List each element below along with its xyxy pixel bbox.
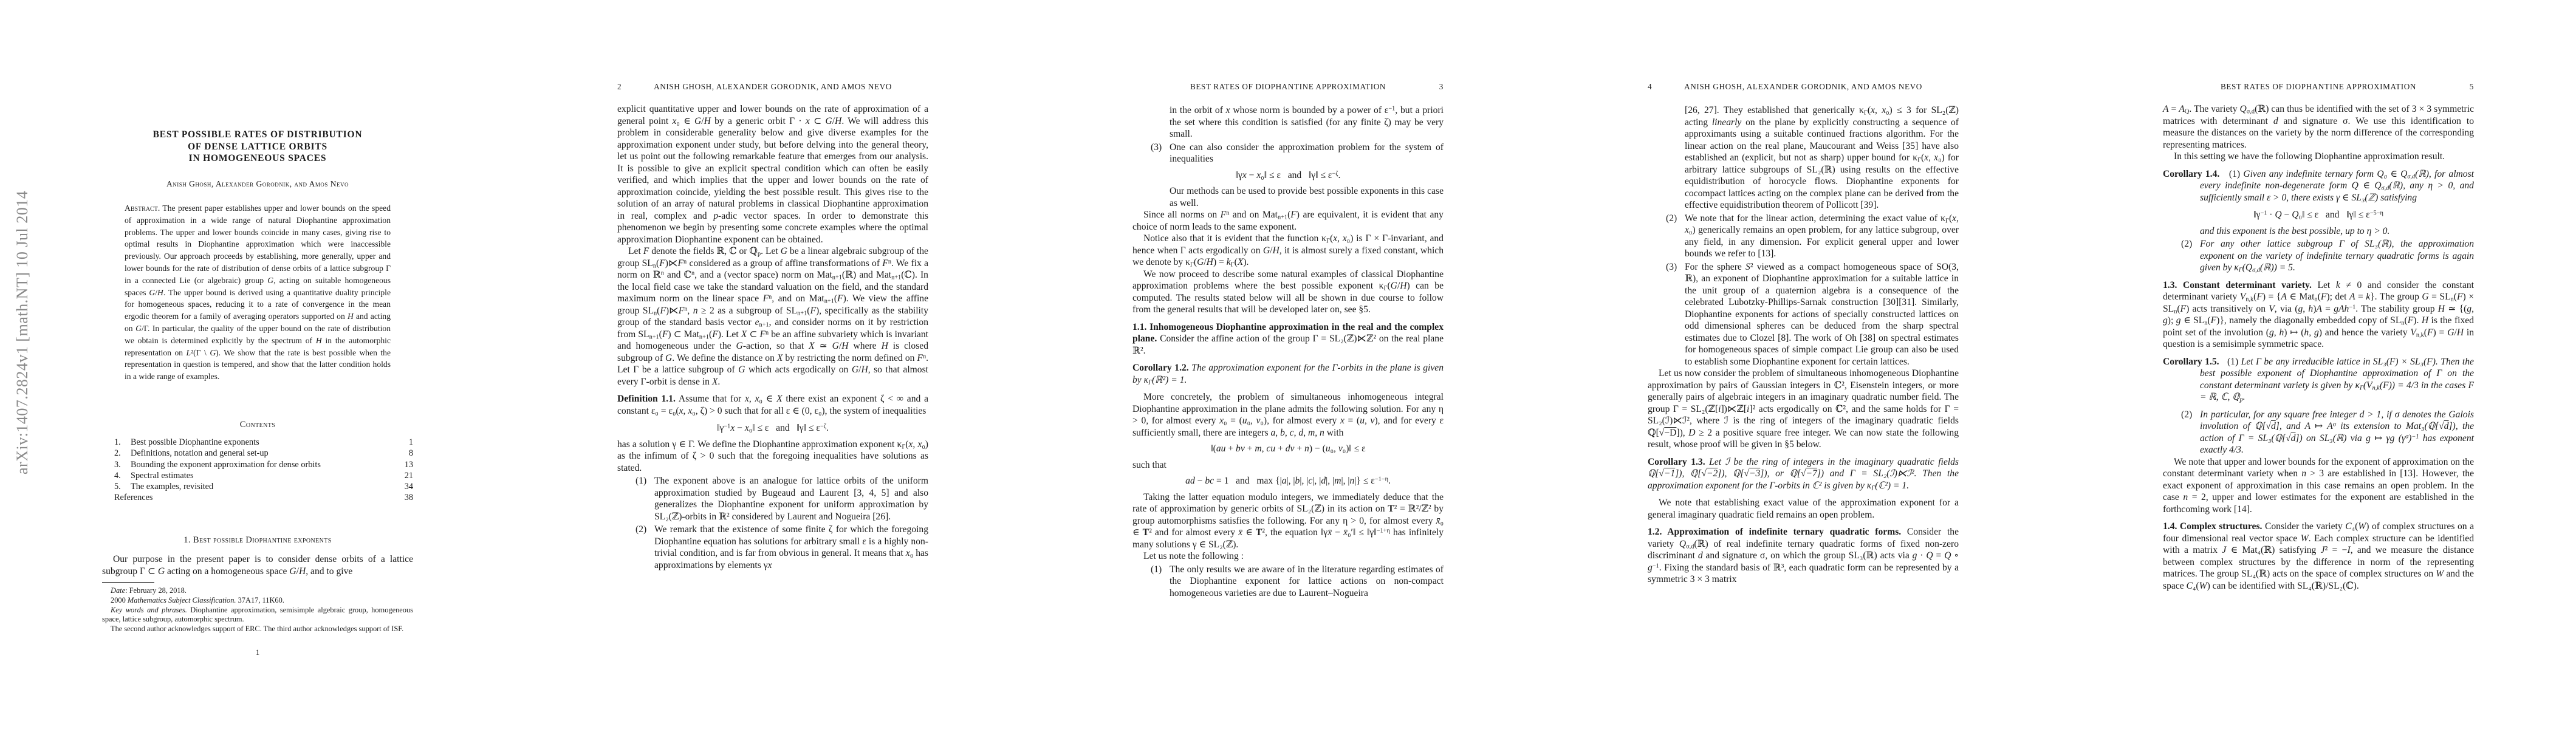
paragraph-lead: Corollary 1.2. — [1132, 363, 1189, 373]
body-paragraph: Let us now consider the problem of simul… — [1648, 368, 1959, 451]
lead-paragraph: Corollary 1.3. Let ℐ be the ring of inte… — [1648, 456, 1959, 492]
paragraph-lead: 1.4. Complex structures. — [2163, 521, 2262, 532]
lead-paragraph: 1.3. Constant determinant variety. Let k… — [2163, 279, 2474, 351]
list-item-text: The exponent above is an analogue for la… — [654, 476, 928, 522]
toc-page-number: 21 — [405, 470, 413, 481]
list-item-text: For the sphere S² viewed as a compact ho… — [1685, 262, 1959, 367]
paragraph-text: Consider the variety C₄(W) of complex st… — [2163, 521, 2474, 591]
paper-title: BEST POSSIBLE RATES OF DISTRIBUTIONOF DE… — [102, 129, 413, 165]
running-head-page-number-right: 3 — [1423, 82, 1444, 92]
footnote-line: 2000 Mathematics Subject Classification.… — [102, 596, 413, 606]
paragraph-lead: Corollary 1.3. — [1648, 457, 1705, 467]
body-paragraph: We note that upper and lower bounds for … — [2163, 456, 2474, 516]
list-item-text: The only results we are aware of in the … — [1170, 564, 1444, 598]
toc-row: 3.Bounding the exponent approximation fo… — [102, 459, 413, 470]
paragraph-lead: 1.2. Approximation of indefinite ternary… — [1648, 527, 1901, 537]
body-paragraph: A = AQ. The variety Qσ,d(ℝ) can thus be … — [2163, 103, 2474, 151]
list-item-label: (2) — [1666, 213, 1677, 225]
body-paragraph: More concretely, the problem of simultan… — [1132, 391, 1444, 439]
arxiv-watermark: arXiv:1407.2824v1 [math.NT] 10 Jul 2014 — [13, 204, 32, 474]
list-item-text: and this exponent is the best possible, … — [2200, 226, 2389, 236]
page-4: 4ANISH GHOSH, ALEXANDER GORODNIK, AND AM… — [1546, 0, 2061, 729]
toc-page-number: 38 — [405, 492, 413, 503]
toc-row: 2.Definitions, notation and general set-… — [102, 448, 413, 459]
list-item-text: Our methods can be used to provide best … — [1170, 186, 1444, 208]
running-head-title: ANISH GHOSH, ALEXANDER GORODNIK, AND AMO… — [1668, 82, 1938, 92]
body-paragraph: Taking the latter equation modulo intege… — [1132, 491, 1444, 551]
corollary-paragraph: Corollary 1.4. (1) Given any indefinite … — [2163, 168, 2474, 204]
list-item-text: in the orbit of x whose norm is bounded … — [1170, 105, 1444, 139]
running-head-page-number-left — [2163, 82, 2184, 92]
text-column: A = AQ. The variety Qσ,d(ℝ) can thus be … — [2163, 103, 2474, 597]
toc-page-number: 13 — [405, 459, 413, 470]
body-paragraph: We note that establishing exact value of… — [1648, 497, 1959, 521]
paper-abstract: Abstract. The present paper establishes … — [125, 202, 391, 383]
toc-number: 3. — [114, 459, 131, 470]
list-item-text: [26, 27]. They established that generica… — [1685, 105, 1959, 210]
paragraph-lead: Definition 1.1. — [617, 394, 676, 404]
text-column: [26, 27]. They established that generica… — [1648, 103, 1959, 591]
list-continuation: Our methods can be used to provide best … — [1132, 185, 1444, 209]
paper-title-line: IN HOMOGENEOUS SPACES — [102, 152, 413, 165]
running-head: 4ANISH GHOSH, ALEXANDER GORODNIK, AND AM… — [1648, 82, 1959, 92]
abstract-text: The present paper establishes upper and … — [125, 204, 391, 381]
lead-paragraph: Definition 1.1. Assume that for x, x₀ ∈ … — [617, 393, 928, 417]
display-equation: ‖γx − x₀‖ ≤ ε and ‖γ‖ ≤ ε−ζ. — [1132, 169, 1444, 182]
list-continuation: in the orbit of x whose norm is bounded … — [1132, 104, 1444, 140]
footnote-line: The second author acknowledges support o… — [102, 625, 413, 634]
toc-row: 4.Spectral estimates21 — [102, 470, 413, 481]
running-head-page-number-right: 5 — [2453, 82, 2474, 92]
running-head-page-number-right — [908, 82, 928, 92]
running-head-page-number-left: 4 — [1648, 82, 1668, 92]
running-head-title: ANISH GHOSH, ALEXANDER GORODNIK, AND AMO… — [638, 82, 908, 92]
list-item-label: (2) — [2181, 409, 2192, 421]
table-of-contents: 1.Best possible Diophantine exponents12.… — [102, 437, 413, 504]
toc-row: 1.Best possible Diophantine exponents1 — [102, 437, 413, 448]
lead-paragraph: Corollary 1.2. The approximation exponen… — [1132, 362, 1444, 386]
list-item: (3)One can also consider the approximati… — [1132, 142, 1444, 165]
footnotes: Date: February 28, 2018.2000 Mathematics… — [102, 582, 413, 634]
paper-title-line: OF DENSE LATTICE ORBITS — [102, 141, 413, 153]
display-equation: ‖(au + bv + m, cu + dv + n) − (u₀, v₀)‖ … — [1132, 443, 1444, 455]
section-heading: 1. Best possible Diophantine exponents — [102, 535, 413, 546]
list-item-label: (3) — [1151, 142, 1162, 154]
display-equation: ‖γ−1 · Q − Q₀‖ ≤ ε and ‖γ‖ ≤ ε−5−η — [2163, 209, 2474, 221]
running-head: BEST RATES OF DIOPHANTINE APPROXIMATION5 — [2163, 82, 2474, 92]
toc-row: 5.The examples, revisited34 — [102, 481, 413, 492]
toc-title: Bounding the exponent approximation for … — [131, 459, 405, 470]
corollary-paragraph: Corollary 1.5. (1) Let Γ be any irreduci… — [2163, 356, 2474, 403]
running-head-title: BEST RATES OF DIOPHANTINE APPROXIMATION — [1153, 82, 1423, 92]
list-item-label: (2) — [635, 524, 646, 536]
body-paragraph: In this setting we have the following Di… — [2163, 151, 2474, 163]
toc-row: References38 — [102, 492, 413, 503]
paragraph-lead: 1.3. Constant determinant variety. — [2163, 280, 2312, 290]
running-head-page-number-left — [1132, 82, 1153, 92]
paper-authors: Anish Ghosh, Alexander Gorodnik, and Amo… — [102, 179, 413, 189]
body-paragraph: Notice also that it is evident that the … — [1132, 233, 1444, 269]
text-column: in the orbit of x whose norm is bounded … — [1132, 103, 1444, 599]
list-item-text: We note that for the linear action, dete… — [1685, 213, 1959, 259]
footnote-line: Date: February 28, 2018. — [102, 586, 413, 596]
toc-page-number: 34 — [405, 481, 413, 492]
list-item-label: (1) — [1151, 564, 1162, 576]
toc-title: Spectral estimates — [131, 470, 405, 481]
body-paragraph: We now proceed to describe some natural … — [1132, 269, 1444, 316]
running-head-page-number-left: 2 — [617, 82, 638, 92]
toc-title: Definitions, notation and general set-up — [131, 448, 409, 459]
lead-paragraph: 1.4. Complex structures. Consider the va… — [2163, 521, 2474, 592]
list-item-label: (2) — [2181, 238, 2192, 250]
toc-title: Best possible Diophantine exponents — [131, 437, 409, 448]
text-column: explicit quantitative upper and lower bo… — [617, 103, 928, 571]
running-head: BEST RATES OF DIOPHANTINE APPROXIMATION3 — [1132, 82, 1444, 92]
body-paragraph: has a solution γ ∈ Γ. We define the Diop… — [617, 439, 928, 474]
list-continuation: [26, 27]. They established that generica… — [1648, 104, 1959, 211]
display-equation: ad − bc = 1 and max {|a|, |b|, |c|, |d|,… — [1132, 475, 1444, 487]
footnote-rule — [102, 582, 154, 583]
list-item-text: For any other lattice subgroup Γ of SL₃(… — [2200, 239, 2474, 273]
page-3: BEST RATES OF DIOPHANTINE APPROXIMATION3… — [1030, 0, 1546, 729]
list-item: (1)The only results we are aware of in t… — [1132, 564, 1444, 600]
list-item: (2)In particular, for any square free in… — [2163, 409, 2474, 456]
list-item: (2)For any other lattice subgroup Γ of S… — [2163, 238, 2474, 274]
paper-title-line: BEST POSSIBLE RATES OF DISTRIBUTION — [102, 129, 413, 141]
display-equation: ‖γ−1x − x₀‖ ≤ ε and ‖γ‖ ≤ ε−ζ. — [617, 422, 928, 434]
list-item: (1)The exponent above is an analogue for… — [617, 475, 928, 522]
list-item-label: (1) — [635, 475, 646, 487]
list-item: (2)We remark that the existence of some … — [617, 524, 928, 571]
list-item: (3)For the sphere S² viewed as a compact… — [1648, 261, 1959, 368]
abstract-label: Abstract. — [125, 204, 160, 213]
list-item: (2)We note that for the linear action, d… — [1648, 213, 1959, 260]
toc-page-number: 8 — [409, 448, 413, 459]
body-paragraph: such that — [1132, 459, 1444, 471]
list-item-label: (3) — [1666, 261, 1677, 273]
page-1: arXiv:1407.2824v1 [math.NT] 10 Jul 2014B… — [0, 0, 515, 729]
running-head: 2ANISH GHOSH, ALEXANDER GORODNIK, AND AM… — [617, 82, 928, 92]
toc-page-number: 1 — [409, 437, 413, 448]
list-continuation: and this exponent is the best possible, … — [2163, 225, 2474, 238]
toc-number: 1. — [114, 437, 131, 448]
document-canvas: arXiv:1407.2824v1 [math.NT] 10 Jul 2014B… — [0, 0, 2576, 729]
body-paragraph: Let F denote the fields ℝ, ℂ or ℚp. Let … — [617, 245, 928, 388]
lead-paragraph: 1.1. Inhomogeneous Diophantine approxima… — [1132, 321, 1444, 357]
list-item-text: In particular, for any square free integ… — [2200, 409, 2474, 456]
toc-title: References — [114, 492, 405, 503]
running-head-title: BEST RATES OF DIOPHANTINE APPROXIMATION — [2184, 82, 2453, 92]
toc-title: The examples, revisited — [131, 481, 405, 492]
list-item-text: One can also consider the approximation … — [1170, 142, 1444, 165]
toc-number: 2. — [114, 448, 131, 459]
body-paragraph: Our purpose in the present paper is to c… — [102, 553, 413, 577]
page-5: BEST RATES OF DIOPHANTINE APPROXIMATION5… — [2061, 0, 2576, 729]
running-head-page-number-right — [1938, 82, 1959, 92]
toc-number: 5. — [114, 481, 131, 492]
body-paragraph: explicit quantitative upper and lower bo… — [617, 103, 928, 245]
page-number: 1 — [102, 648, 413, 657]
toc-number: 4. — [114, 470, 131, 481]
lead-paragraph: 1.2. Approximation of indefinite ternary… — [1648, 526, 1959, 586]
body-paragraph: Since all norms on Fn and on Matn+1(F) a… — [1132, 209, 1444, 233]
body-paragraph: Let us note the following : — [1132, 550, 1444, 563]
footnote-line: Key words and phrases. Diophantine appro… — [102, 606, 413, 625]
section-heading: Contents — [102, 420, 413, 430]
page-2: 2ANISH GHOSH, ALEXANDER GORODNIK, AND AM… — [515, 0, 1030, 729]
list-item-text: We remark that the existence of some fin… — [654, 524, 928, 570]
paragraph-text: Consider the affine action of the group … — [1132, 334, 1444, 356]
